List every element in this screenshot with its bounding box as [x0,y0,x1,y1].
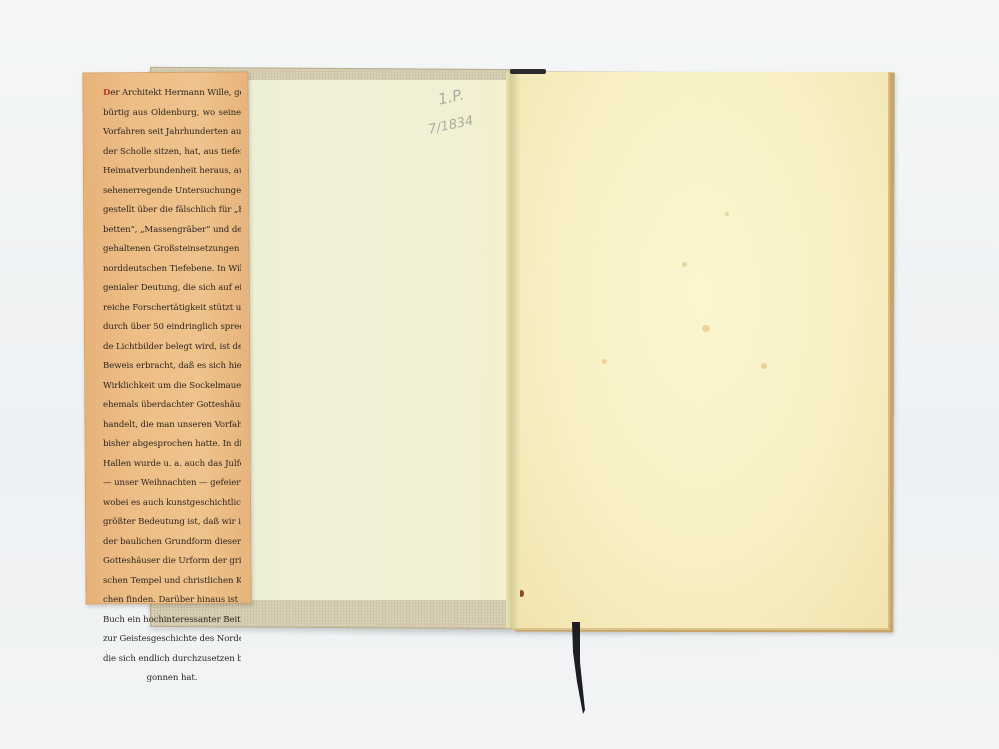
flap-line: norddeutschen Tiefebene. In Willes [103,260,241,280]
flap-line: der Scholle sitzen, hat, aus tiefer [103,143,241,163]
flap-line: wobei es auch kunstgeschichtlich von [103,494,241,514]
flap-line: reiche Forschertätigkeit stützt und [103,299,241,319]
flap-line: Buch ein hochinteressanter Beitrag [103,611,241,631]
flap-line: Beweis erbracht, daß es sich hier in [103,357,241,377]
flap-line: Vorfahren seit Jahrhunderten auf [103,123,241,143]
flap-line: — unser Weihnachten — gefeiert, [103,474,241,494]
left-endpaper [240,80,509,600]
flap-line: Wirklichkeit um die Sockelmauern [103,377,241,397]
bookmark-ribbon-icon [572,622,586,714]
flap-line: sehenerregende Untersuchungen an- [103,182,241,202]
foxing-spot [761,363,767,369]
flap-line: gehaltenen Großsteinsetzungen der [103,240,241,260]
spine-gutter [506,72,520,628]
flap-line: betten“, „Massengräber“ und dergl. [103,221,241,241]
flap-line: genialer Deutung, die sich auf eine [103,279,241,299]
flap-line: ehemals überdachter Gotteshäuser [103,396,241,416]
foxing-spot [682,262,687,267]
flap-line: Der Architekt Hermann Wille, ge- [103,84,241,104]
right-flyleaf-page [512,72,890,630]
foxing-spot [702,325,710,332]
flap-line: Heimatverbundenheit heraus, auf- [103,162,241,182]
foxing-spot [602,359,607,364]
flap-blurb: Der Architekt Hermann Wille, ge- bürtig … [103,84,241,689]
photo-scene: 1.P. 7/1834 Der Architekt Hermann Wille,… [0,0,999,749]
flap-line: bisher abgesprochen hatte. In diesen [103,435,241,455]
flap-line: gestellt über die fälschlich für „Hünen- [103,201,241,221]
flap-line: der baulichen Grundform dieser [103,533,241,553]
spine-headband [510,69,546,74]
flap-line: zur Geistesgeschichte des Nordens, [103,630,241,650]
foxing-spot [725,212,729,216]
flap-line: durch über 50 eindringlich sprechen- [103,318,241,338]
flap-line: bürtig aus Oldenburg, wo seine [103,104,241,124]
flap-line: die sich endlich durchzusetzen be- [103,650,241,670]
flap-line-last: gonnen hat. [103,669,241,689]
flap-line: Gotteshäuser die Urform der griechi- [103,552,241,572]
flap-line: chen finden. Darüber hinaus ist das [103,591,241,611]
flap-line: größter Bedeutung ist, daß wir in [103,513,241,533]
flap-line: handelt, die man unseren Vorfahren [103,416,241,436]
flap-line: schen Tempel und christlichen Kir- [103,572,241,592]
flap-line: de Lichtbilder belegt wird, ist der [103,338,241,358]
flap-line: Hallen wurde u. a. auch das Julfest [103,455,241,475]
